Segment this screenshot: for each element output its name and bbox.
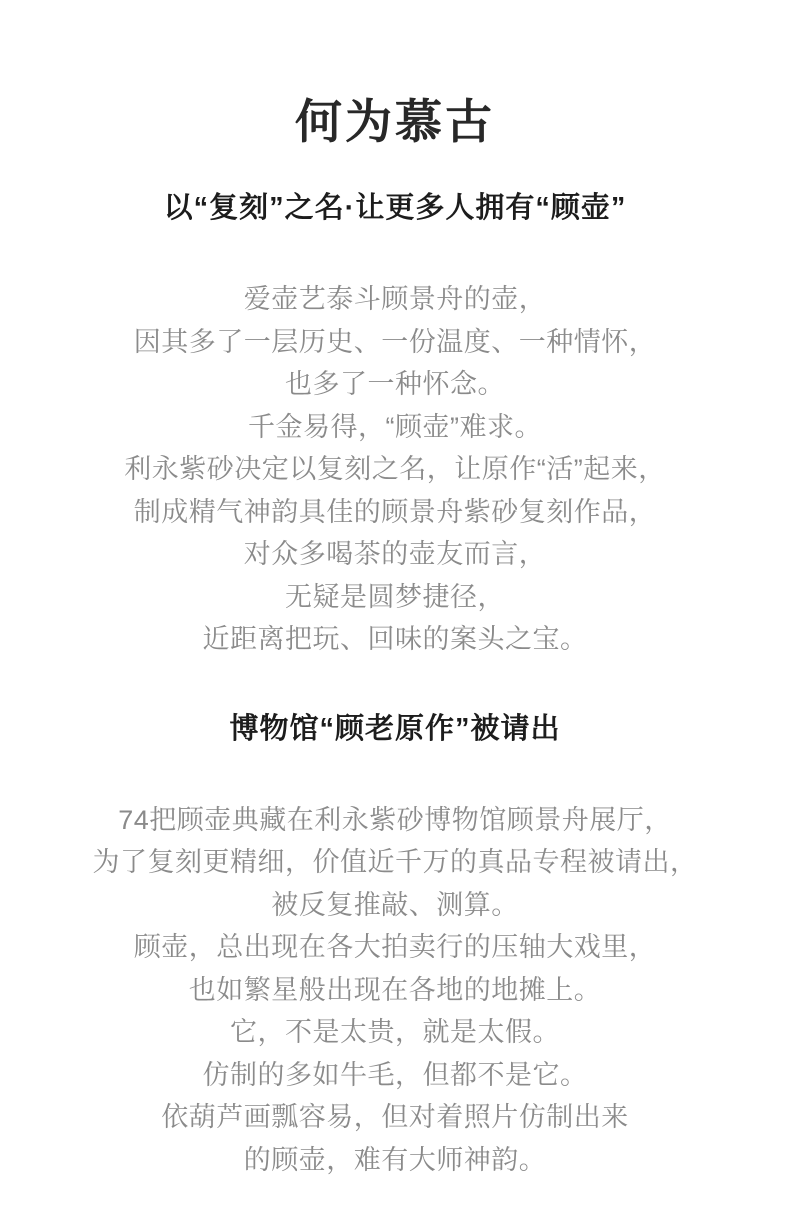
intro-paragraph: 爱壶艺泰斗顾景舟的壶， 因其多了一层历史、一份温度、一种情怀， 也多了一种怀念。… bbox=[0, 278, 790, 661]
page-title: 何为慕古 bbox=[0, 0, 790, 152]
paragraph-line: 顾壶，总出现在各大拍卖行的压轴大戏里， bbox=[0, 926, 790, 969]
paragraph-line: 千金易得，“顾壶”难求。 bbox=[0, 406, 790, 449]
paragraph-line: 爱壶艺泰斗顾景舟的壶， bbox=[0, 278, 790, 321]
paragraph-line: 被反复推敲、测算。 bbox=[0, 884, 790, 927]
paragraph-line: 近距离把玩、回味的案头之宝。 bbox=[0, 618, 790, 661]
content-page: 何为慕古 以“复刻”之名·让更多人拥有“顾壶” 爱壶艺泰斗顾景舟的壶， 因其多了… bbox=[0, 0, 790, 1219]
paragraph-line: 因其多了一层历史、一份温度、一种情怀， bbox=[0, 321, 790, 364]
paragraph-line: 无疑是圆梦捷径， bbox=[0, 576, 790, 619]
paragraph-line: 的顾壶，难有大师神韵。 bbox=[0, 1139, 790, 1182]
paragraph-line: 为了复刻更精细，价值近千万的真品专程被请出， bbox=[0, 841, 790, 884]
paragraph-line: 74把顾壶典藏在利永紫砂博物馆顾景舟展厅， bbox=[0, 799, 790, 842]
paragraph-line: 制成精气神韵具佳的顾景舟紫砂复刻作品， bbox=[0, 491, 790, 534]
paragraph-line: 利永紫砂决定以复刻之名，让原作“活”起来， bbox=[0, 448, 790, 491]
paragraph-line: 依葫芦画瓢容易，但对着照片仿制出来 bbox=[0, 1096, 790, 1139]
paragraph-line: 它，不是太贵，就是太假。 bbox=[0, 1011, 790, 1054]
paragraph-line: 也如繁星般出现在各地的地摊上。 bbox=[0, 969, 790, 1012]
paragraph-line: 也多了一种怀念。 bbox=[0, 363, 790, 406]
paragraph-line: 仿制的多如牛毛，但都不是它。 bbox=[0, 1054, 790, 1097]
museum-paragraph: 74把顾壶典藏在利永紫砂博物馆顾景舟展厅， 为了复刻更精细，价值近千万的真品专程… bbox=[0, 799, 790, 1182]
page-subtitle: 以“复刻”之名·让更多人拥有“顾壶” bbox=[0, 188, 790, 228]
museum-section-heading: 博物馆“顾老原作”被请出 bbox=[0, 709, 790, 749]
paragraph-line: 对众多喝茶的壶友而言， bbox=[0, 533, 790, 576]
